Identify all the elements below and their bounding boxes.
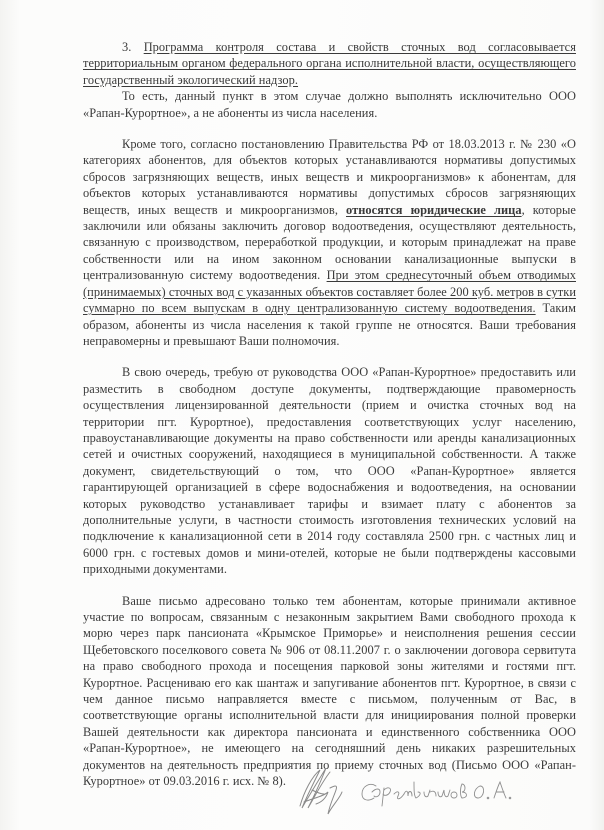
conclusion-text: То есть, данный пункт в этом случае долж… (83, 89, 576, 119)
paragraph-gap (83, 121, 576, 136)
paragraph-item-3: 3. Программа контроля состава и свойств … (83, 39, 576, 88)
handwritten-signature-icon (290, 762, 590, 822)
scanned-letter-page: 3. Программа контроля состава и свойств … (0, 0, 604, 830)
paragraph-letter-addressees: Ваше письмо адресовано только тем абонен… (83, 593, 576, 790)
demand-text: В свою очередь, требую от руководства ОО… (83, 365, 576, 576)
bold-legal-entities-phrase: относятся юридические лица (346, 203, 522, 217)
item-number: 3. (122, 40, 144, 54)
paragraph-conclusion: То есть, данный пункт в этом случае долж… (83, 88, 576, 121)
signature-block (290, 762, 590, 822)
paragraph-demand-documents: В свою очередь, требую от руководства ОО… (83, 364, 576, 577)
underlined-program-clause: Программа контроля состава и свойств сто… (83, 40, 576, 87)
paragraph-resolution-230: Кроме того, согласно постановлению Прави… (83, 136, 576, 349)
paragraph-gap (83, 349, 576, 364)
addressees-text: Ваше письмо адресовано только тем абонен… (83, 594, 576, 788)
paragraph-gap (83, 578, 576, 593)
letter-body: 3. Программа контроля состава и свойств … (83, 39, 576, 789)
